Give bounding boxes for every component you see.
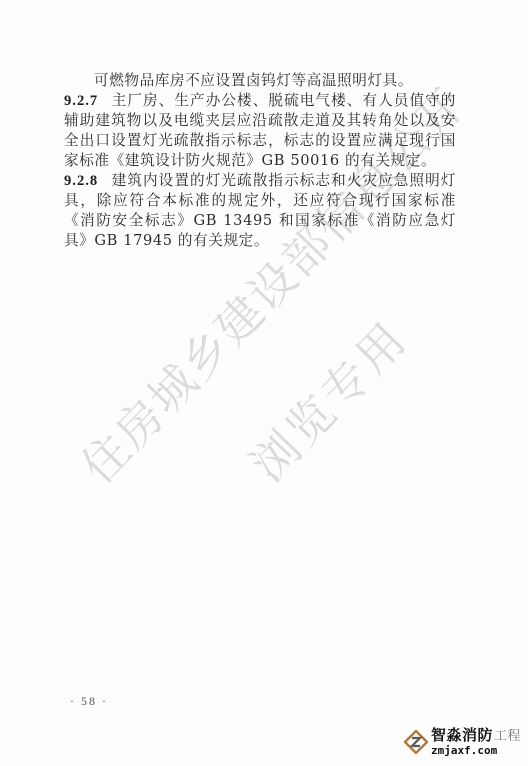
zm-diamond-logo-icon <box>404 730 428 754</box>
document-page: 住房城乡建设部信息公开 浏览专用 可燃物品库房不应设置卤钨灯等高温照明灯具。 9… <box>0 0 528 766</box>
logo-name: 智淼消防 <box>431 726 493 744</box>
logo-url: zmjaxf.com <box>431 745 521 756</box>
clause-9-2-8: 9.2.8建筑内设置的灯光疏散指示标志和火灾应急照明灯具，除应符合本标准的规定外… <box>64 171 456 251</box>
watermark-line-2: 浏览专用 <box>234 304 420 494</box>
paragraph-text: 可燃物品库房不应设置卤钨灯等高温照明灯具。 <box>94 72 413 89</box>
clause-text: 建筑内设置的灯光疏散指示标志和火灾应急照明灯具，除应符合本标准的规定外，还应符合… <box>64 172 456 249</box>
document-body: 可燃物品库房不应设置卤钨灯等高温照明灯具。 9.2.7主厂房、生产办公楼、脱硫电… <box>64 71 456 251</box>
clause-number: 9.2.7 <box>64 93 98 109</box>
logo-suffix: 工程 <box>494 729 521 744</box>
clause-number: 9.2.8 <box>64 173 98 189</box>
site-logo: 智淼消防工程 zmjaxf.com <box>404 724 528 760</box>
clause-text: 主厂房、生产办公楼、脱硫电气楼、有人员值守的辅助建筑物以及电缆夹层应沿疏散走道及… <box>64 92 456 169</box>
clause-9-2-7: 9.2.7主厂房、生产办公楼、脱硫电气楼、有人员值守的辅助建筑物以及电缆夹层应沿… <box>64 91 456 171</box>
page-number: · 58 · <box>70 694 108 709</box>
paragraph-continuation: 可燃物品库房不应设置卤钨灯等高温照明灯具。 <box>64 71 456 91</box>
